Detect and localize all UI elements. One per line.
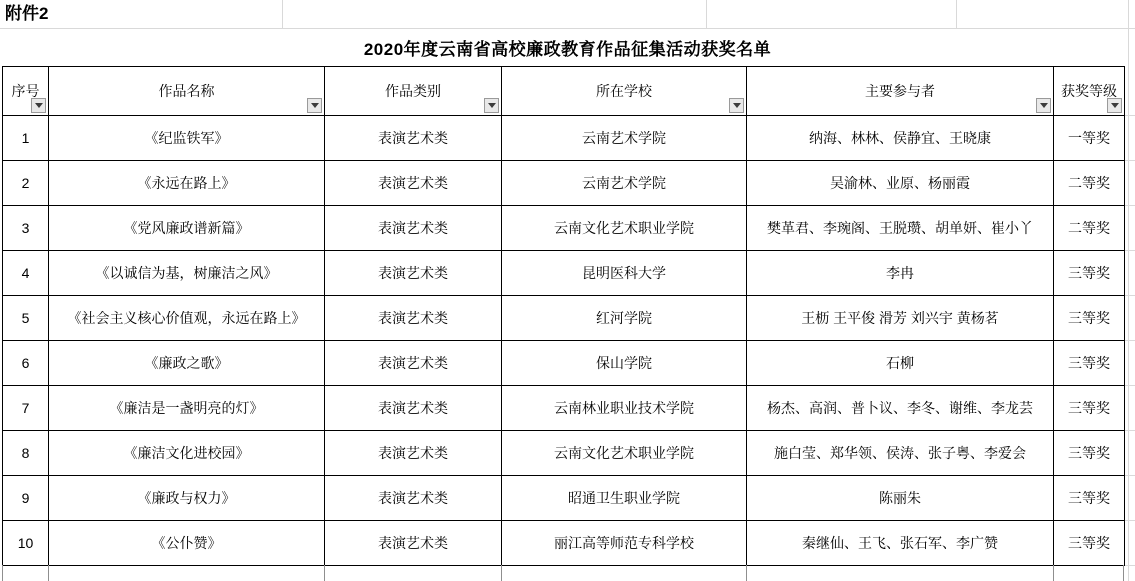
attachment-label[interactable]: 附件2 (0, 0, 1135, 28)
cell-participants[interactable]: 秦继仙、王飞、张石军、李广赞 (747, 521, 1054, 566)
gridline (1124, 565, 1135, 566)
cell-award[interactable]: 三等奖 (1054, 341, 1125, 386)
table-row: 7 《廉洁是一盏明亮的灯》 表演艺术类 云南林业职业技术学院 杨杰、高润、普卜议… (3, 386, 1125, 431)
filter-button-category[interactable] (484, 98, 499, 113)
cell-school[interactable]: 保山学院 (502, 341, 747, 386)
cell-award[interactable]: 三等奖 (1054, 386, 1125, 431)
gridline (2, 565, 3, 581)
filter-button-work-name[interactable] (307, 98, 322, 113)
gridline (1124, 115, 1135, 116)
cell-school[interactable]: 红河学院 (502, 296, 747, 341)
column-header-category[interactable]: 作品类别 (325, 67, 502, 116)
cell-serial[interactable]: 9 (3, 476, 49, 521)
table-row: 2 《永远在路上》 表演艺术类 云南艺术学院 吴渝林、业原、杨丽霞 二等奖 (3, 161, 1125, 206)
table-row: 6 《廉政之歌》 表演艺术类 保山学院 石柳 三等奖 (3, 341, 1125, 386)
column-header-label: 主要参与者 (865, 83, 935, 99)
cell-serial[interactable]: 10 (3, 521, 49, 566)
cell-award[interactable]: 三等奖 (1054, 521, 1125, 566)
filter-button-participants[interactable] (1036, 98, 1051, 113)
cell-participants[interactable]: 王枥 王平俊 滑芳 刘兴宇 黄杨茗 (747, 296, 1054, 341)
cell-category[interactable]: 表演艺术类 (325, 161, 502, 206)
cell-work-name[interactable]: 《廉政之歌》 (49, 341, 325, 386)
cell-award[interactable]: 三等奖 (1054, 251, 1125, 296)
sheet-title[interactable]: 2020年度云南省高校廉政教育作品征集活动获奖名单 (0, 28, 1135, 66)
cell-school[interactable]: 云南文化艺术职业学院 (502, 206, 747, 251)
filter-button-award-level[interactable] (1107, 98, 1122, 113)
filter-dropdown-icon (1040, 103, 1048, 108)
column-header-award-level[interactable]: 获奖等级 (1054, 67, 1125, 116)
cell-category[interactable]: 表演艺术类 (325, 476, 502, 521)
cell-school[interactable]: 云南艺术学院 (502, 116, 747, 161)
header-row: 序号 作品名称 作品类别 所在学校 主要参与者 (3, 67, 1125, 116)
column-header-label: 所在学校 (596, 83, 652, 99)
gridline (746, 565, 747, 581)
column-header-label: 序号 (12, 83, 40, 99)
cell-category[interactable]: 表演艺术类 (325, 431, 502, 476)
cell-serial[interactable]: 5 (3, 296, 49, 341)
gridline (324, 565, 325, 581)
cell-participants[interactable]: 吴渝林、业原、杨丽霞 (747, 161, 1054, 206)
cell-work-name[interactable]: 《公仆赞》 (49, 521, 325, 566)
cell-participants[interactable]: 陈丽朱 (747, 476, 1054, 521)
cell-work-name[interactable]: 《以诚信为基，树廉洁之风》 (49, 251, 325, 296)
filter-button-serial[interactable] (31, 98, 46, 113)
awards-table: 序号 作品名称 作品类别 所在学校 主要参与者 (2, 66, 1125, 566)
cell-work-name[interactable]: 《党风廉政谱新篇》 (49, 206, 325, 251)
filter-dropdown-icon (1111, 103, 1119, 108)
table-row: 3 《党风廉政谱新篇》 表演艺术类 云南文化艺术职业学院 樊革君、李琬阁、王脱瓒… (3, 206, 1125, 251)
cell-serial[interactable]: 4 (3, 251, 49, 296)
cell-work-name[interactable]: 《永远在路上》 (49, 161, 325, 206)
cell-work-name[interactable]: 《廉政与权力》 (49, 476, 325, 521)
cell-category[interactable]: 表演艺术类 (325, 341, 502, 386)
gridline (1124, 430, 1135, 431)
table-row: 10 《公仆赞》 表演艺术类 丽江高等师范专科学校 秦继仙、王飞、张石军、李广赞… (3, 521, 1125, 566)
cell-participants[interactable]: 杨杰、高润、普卜议、李冬、谢维、李龙芸 (747, 386, 1054, 431)
cell-award[interactable]: 二等奖 (1054, 161, 1125, 206)
cell-serial[interactable]: 2 (3, 161, 49, 206)
gridline (1128, 0, 1129, 581)
filter-button-school[interactable] (729, 98, 744, 113)
cell-serial[interactable]: 1 (3, 116, 49, 161)
gridline (1124, 475, 1135, 476)
gridline (48, 565, 49, 581)
cell-school[interactable]: 昆明医科大学 (502, 251, 747, 296)
gridline (1123, 565, 1124, 581)
spreadsheet-view: 附件2 2020年度云南省高校廉政教育作品征集活动获奖名单 序号 作品名称 作品… (0, 0, 1135, 581)
gridline (501, 565, 502, 581)
cell-category[interactable]: 表演艺术类 (325, 386, 502, 431)
column-header-work-name[interactable]: 作品名称 (49, 67, 325, 116)
cell-award[interactable]: 三等奖 (1054, 296, 1125, 341)
cell-school[interactable]: 丽江高等师范专科学校 (502, 521, 747, 566)
table-row: 8 《廉洁文化进校园》 表演艺术类 云南文化艺术职业学院 施白莹、郑华领、侯涛、… (3, 431, 1125, 476)
gridline (1124, 295, 1135, 296)
cell-award[interactable]: 二等奖 (1054, 206, 1125, 251)
filter-dropdown-icon (311, 103, 319, 108)
column-header-school[interactable]: 所在学校 (502, 67, 747, 116)
filter-dropdown-icon (35, 103, 43, 108)
cell-category[interactable]: 表演艺术类 (325, 296, 502, 341)
column-header-label: 作品名称 (159, 83, 215, 99)
column-header-label: 作品类别 (385, 83, 441, 99)
cell-participants[interactable]: 樊革君、李琬阁、王脱瓒、胡单妍、崔小丫 (747, 206, 1054, 251)
gridline (1124, 520, 1135, 521)
table-row: 1 《纪监铁军》 表演艺术类 云南艺术学院 纳海、林林、侯静宜、王晓康 一等奖 (3, 116, 1125, 161)
gridline (1053, 565, 1054, 581)
cell-award[interactable]: 一等奖 (1054, 116, 1125, 161)
filter-dropdown-icon (733, 103, 741, 108)
cell-school[interactable]: 云南艺术学院 (502, 161, 747, 206)
cell-participants[interactable]: 李冉 (747, 251, 1054, 296)
gridline (1124, 250, 1135, 251)
cell-category[interactable]: 表演艺术类 (325, 116, 502, 161)
cell-school[interactable]: 昭通卫生职业学院 (502, 476, 747, 521)
cell-school[interactable]: 云南文化艺术职业学院 (502, 431, 747, 476)
filter-dropdown-icon (488, 103, 496, 108)
cell-school[interactable]: 云南林业职业技术学院 (502, 386, 747, 431)
cell-category[interactable]: 表演艺术类 (325, 206, 502, 251)
cell-category[interactable]: 表演艺术类 (325, 521, 502, 566)
table-row: 9 《廉政与权力》 表演艺术类 昭通卫生职业学院 陈丽朱 三等奖 (3, 476, 1125, 521)
cell-award[interactable]: 三等奖 (1054, 431, 1125, 476)
table-row: 5 《社会主义核心价值观，永远在路上》 表演艺术类 红河学院 王枥 王平俊 滑芳… (3, 296, 1125, 341)
cell-work-name[interactable]: 《社会主义核心价值观，永远在路上》 (49, 296, 325, 341)
cell-category[interactable]: 表演艺术类 (325, 251, 502, 296)
gridline (1124, 385, 1135, 386)
cell-serial[interactable]: 6 (3, 341, 49, 386)
column-header-serial[interactable]: 序号 (3, 67, 49, 116)
cell-participants[interactable]: 石柳 (747, 341, 1054, 386)
cell-work-name[interactable]: 《纪监铁军》 (49, 116, 325, 161)
gridline (1124, 160, 1135, 161)
cell-serial[interactable]: 8 (3, 431, 49, 476)
column-header-participants[interactable]: 主要参与者 (747, 67, 1054, 116)
table-row: 4 《以诚信为基，树廉洁之风》 表演艺术类 昆明医科大学 李冉 三等奖 (3, 251, 1125, 296)
cell-participants[interactable]: 纳海、林林、侯静宜、王晓康 (747, 116, 1054, 161)
cell-work-name[interactable]: 《廉洁文化进校园》 (49, 431, 325, 476)
column-header-label: 获奖等级 (1061, 83, 1117, 99)
cell-participants[interactable]: 施白莹、郑华领、侯涛、张子粤、李爱会 (747, 431, 1054, 476)
cell-serial[interactable]: 7 (3, 386, 49, 431)
cell-work-name[interactable]: 《廉洁是一盏明亮的灯》 (49, 386, 325, 431)
gridline (1124, 205, 1135, 206)
cell-award[interactable]: 三等奖 (1054, 476, 1125, 521)
cell-serial[interactable]: 3 (3, 206, 49, 251)
gridline (1124, 340, 1135, 341)
